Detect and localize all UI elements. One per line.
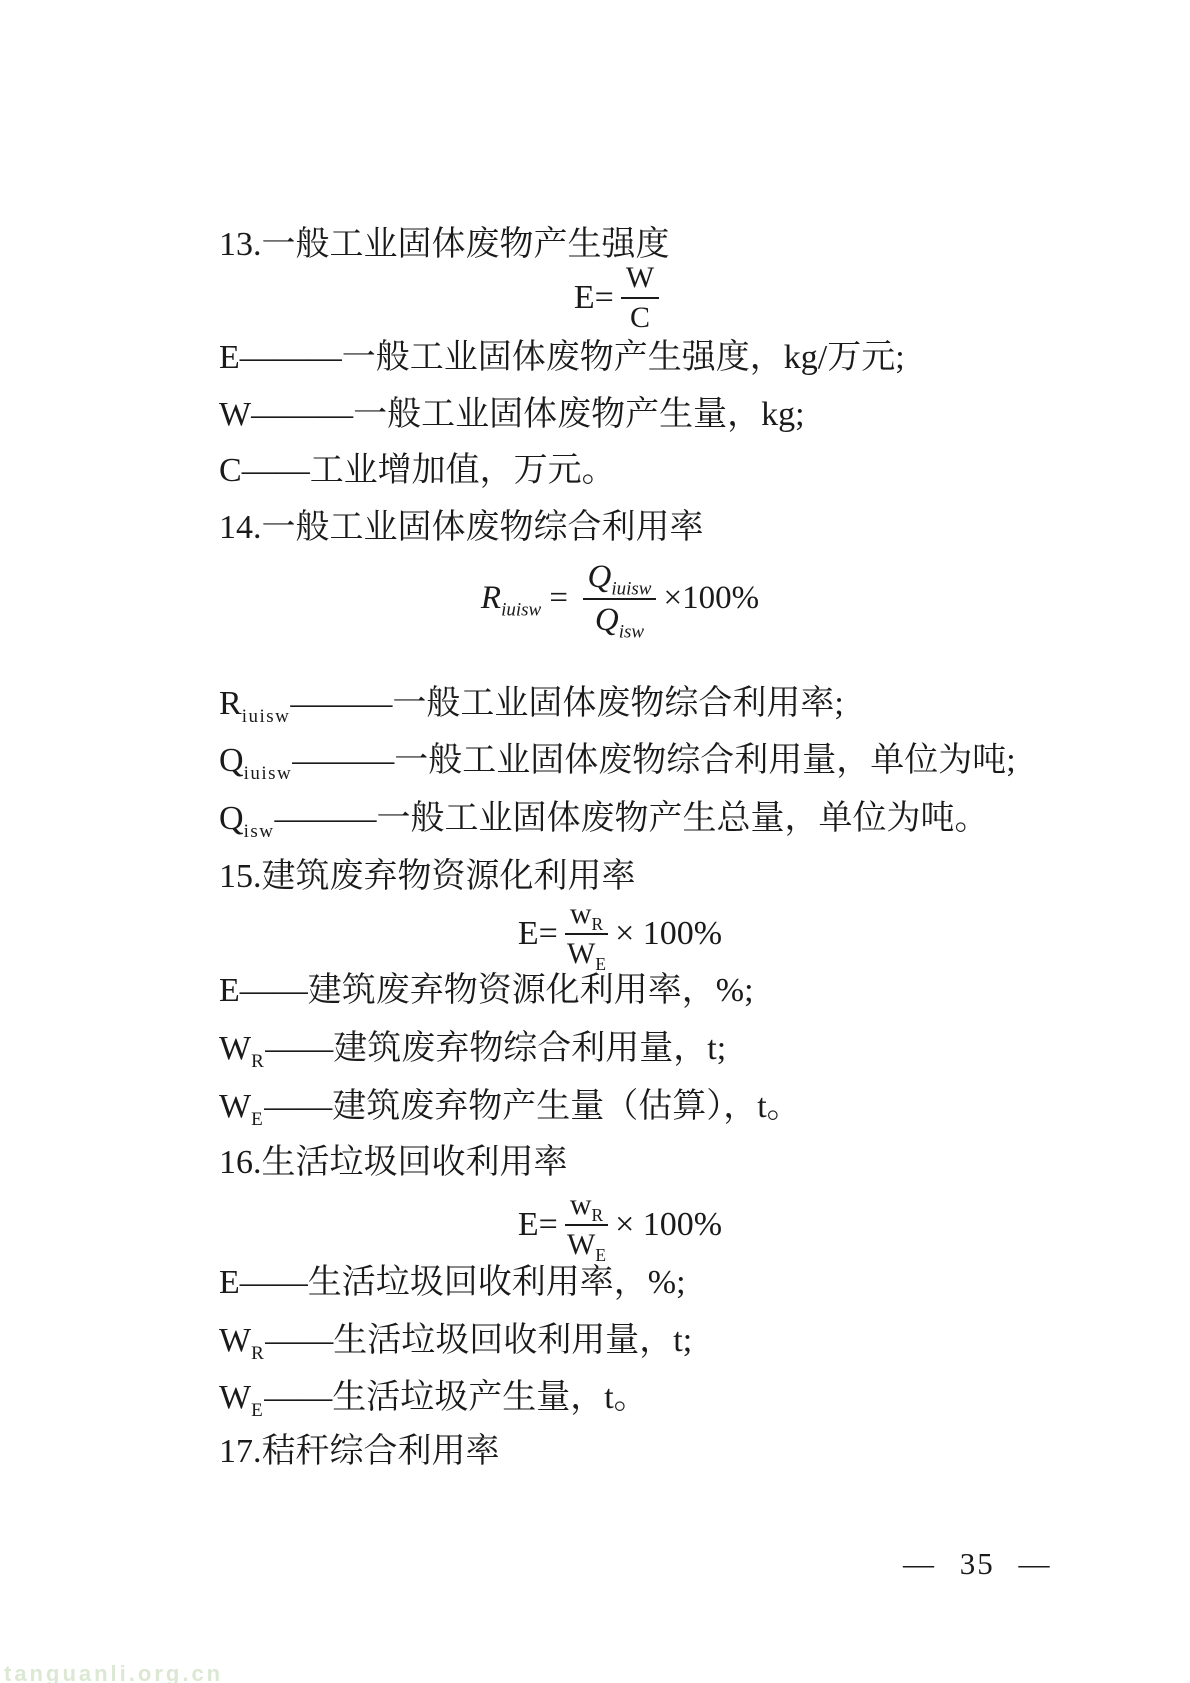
definition-line: Qisw———一般工业固体废物产生总量，单位为吨。 [219,800,988,837]
symbol-subscript: iuisw [244,763,293,784]
symbol: E [219,972,240,1009]
fraction: wR WE [565,898,608,969]
fraction-denominator: W [567,1228,595,1261]
formula-suffix: × 100% [615,1206,722,1244]
definition-text: ———一般工业固体废物产生量，kg; [251,396,804,433]
section-13-formula: E= W C [0,262,1190,333]
definition-text: ——建筑废弃物产生量（估算），t。 [264,1088,800,1125]
numerator-subscript: R [592,1205,604,1225]
symbol: Q [219,742,244,779]
section-15-heading: 15.建筑废弃物资源化利用率 [219,858,636,895]
definition-text: ———一般工业固体废物综合利用量，单位为吨; [292,742,1015,779]
section-16-heading: 16.生活垃圾回收利用率 [219,1144,568,1181]
symbol: Q [219,800,244,837]
symbol-subscript: E [251,1400,264,1421]
definition-text: ——建筑废弃物综合利用量，t; [265,1030,726,1067]
symbol: W [219,1322,251,1359]
fraction: W C [621,262,659,333]
site-watermark: tanguanli.org.cn [4,1661,223,1683]
denominator-subscript: isw [619,621,644,642]
symbol-subscript: R [251,1051,265,1072]
equals-sign: = [541,580,575,616]
symbol: E [219,1264,240,1301]
definition-line: WR——生活垃圾回收利用量，t; [219,1322,692,1359]
formula-lhs: R [481,580,501,616]
formula-lhs-subscript: iuisw [501,600,541,621]
symbol-subscript: iuisw [242,706,291,727]
section-17-heading: 17.秸秆综合利用率 [219,1433,500,1470]
symbol: W [219,1088,251,1125]
fraction-numerator: W [626,261,654,294]
denominator-subscript: E [595,954,606,974]
document-page: 13.一般工业固体废物产生强度 E= W C E———一般工业固体废物产生强度，… [0,0,1190,1683]
formula-suffix: ×100% [663,580,759,617]
symbol-subscript: R [251,1343,265,1364]
definition-line: W———一般工业固体废物产生量，kg; [219,396,805,433]
definition-line: E——建筑废弃物资源化利用率，%; [219,972,754,1009]
fraction-denominator: C [630,301,650,334]
definition-text: ——生活垃圾回收利用量，t; [265,1322,692,1359]
definition-line: WE——建筑废弃物产生量（估算），t。 [219,1088,801,1125]
numerator-subscript: iuisw [611,579,651,600]
denominator-subscript: E [595,1245,606,1265]
numerator-subscript: R [592,914,604,934]
symbol: E [219,339,240,376]
symbol: R [219,685,242,722]
fraction-denominator: Q [595,602,619,638]
equals-sign: = [539,1206,558,1243]
definition-line: Riuisw———一般工业固体废物综合利用率; [219,685,844,722]
definition-text: ———一般工业固体废物综合利用率; [290,685,843,722]
formula-lhs: E [518,1206,539,1243]
section-14-formula: Riuisw= Qiuisw Qisw ×100% [0,560,1190,637]
formula-suffix: × 100% [615,915,722,953]
symbol-subscript: E [251,1109,264,1130]
symbol: W [219,1030,251,1067]
section-16-formula: E= wR WE × 100% [0,1189,1190,1260]
definition-text: ———一般工业固体废物产生强度，kg/万元; [240,339,905,376]
definition-text: ——建筑废弃物资源化利用率，%; [240,972,754,1009]
fraction-numerator: w [570,897,592,930]
fraction-denominator: W [567,937,595,970]
fraction-numerator: w [570,1188,592,1221]
definition-line: E———一般工业固体废物产生强度，kg/万元; [219,339,905,376]
symbol-subscript: isw [244,821,275,842]
section-13-heading: 13.一般工业固体废物产生强度 [219,226,670,263]
definition-line: Qiuisw———一般工业固体废物综合利用量，单位为吨; [219,742,1016,779]
fraction: Qiuisw Qisw [583,560,657,637]
definition-line: E——生活垃圾回收利用率，%; [219,1264,686,1301]
definition-line: C——工业增加值，万元。 [219,452,616,489]
symbol: W [219,1379,251,1416]
formula-lhs: E [518,915,539,952]
definition-text: ———一般工业固体废物产生总量，单位为吨。 [274,800,988,837]
definition-text: ——工业增加值，万元。 [242,452,616,489]
definition-text: ——生活垃圾产生量，t。 [264,1379,647,1416]
symbol: W [219,396,251,433]
equals-sign: = [595,279,614,316]
definition-line: WE——生活垃圾产生量，t。 [219,1379,648,1416]
equals-sign: = [539,915,558,952]
section-14-heading: 14.一般工业固体废物综合利用率 [219,509,704,546]
fraction: wR WE [565,1189,608,1260]
definition-text: ——生活垃圾回收利用率，%; [240,1264,686,1301]
definition-line: WR——建筑废弃物综合利用量，t; [219,1030,726,1067]
section-15-formula: E= wR WE × 100% [0,898,1190,969]
fraction-numerator: Q [588,559,612,595]
formula-lhs: E [574,279,595,316]
page-number: — 35 — [903,1546,1052,1582]
symbol: C [219,452,242,489]
